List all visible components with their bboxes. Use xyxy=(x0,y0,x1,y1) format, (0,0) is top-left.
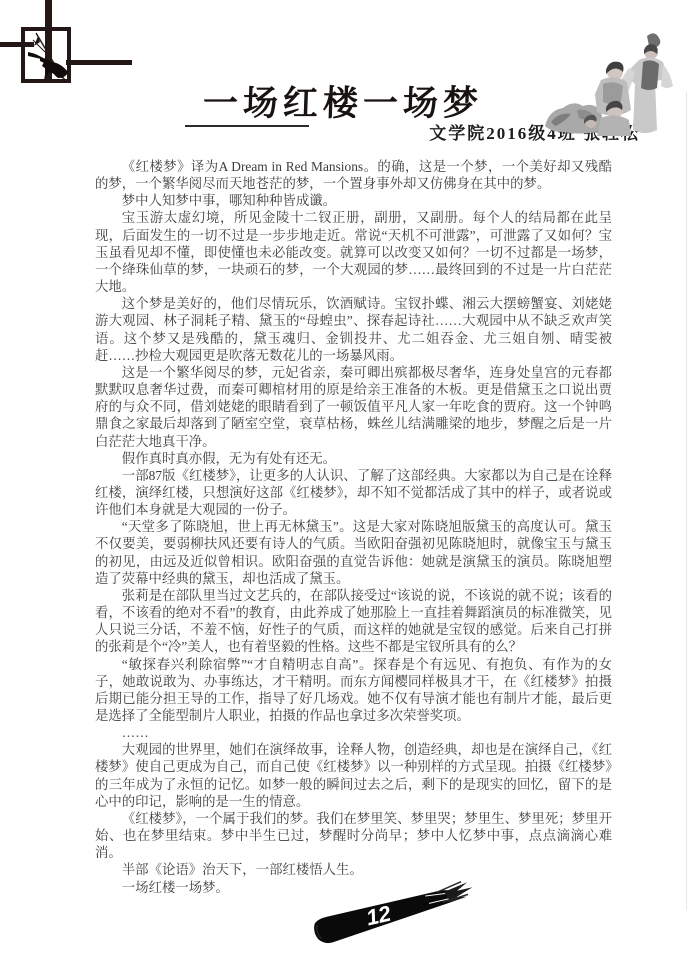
body-paragraph: 半部《论语》治天下，一部红楼悟人生。 xyxy=(95,861,612,878)
ink-brush-stroke-icon: 12 xyxy=(303,878,488,958)
body-paragraph: 一部87版《红楼梦》，让更多的人认识、了解了这部经典。大家都以为自己是在诠释红楼… xyxy=(95,467,612,518)
body-paragraph: 《红楼梦》，一个属于我们的梦。我们在梦里笑、梦里哭；梦里生、梦里死；梦里开始、也… xyxy=(95,810,612,861)
body-paragraph: 宝玉游太虚幻境，所见金陵十二钗正册，副册，又副册。每个人的结局都在此呈现，后面发… xyxy=(95,209,612,295)
body-paragraph: 梦中人知梦中事，哪知种种皆成谶。 xyxy=(95,192,612,209)
hongloumeng-figures-photo xyxy=(543,18,677,143)
bamboo-frame-icon xyxy=(0,0,140,100)
title-underline xyxy=(185,125,309,127)
body-paragraph: 假作真时真亦假，无为有处有还无。 xyxy=(95,450,612,467)
body-paragraph: “敏探春兴利除宿弊”“才自精明志自高”。探春是个有远见、有抱负、有作为的女子，她… xyxy=(95,656,612,725)
page-edge-rule xyxy=(686,92,687,910)
body-paragraph: 这个梦是美好的，他们尽情玩乐，饮酒赋诗。宝钗扑蝶、湘云大摆螃蟹宴、刘姥姥游大观园… xyxy=(95,295,612,364)
body-paragraph: 这是一个繁华阅尽的梦，元妃省亲，秦可卿出殡都极尽奢华，连身处皇宫的元春都默默叹息… xyxy=(95,364,612,450)
body-paragraph: 《红楼梦》译为A Dream in Red Mansions。的确，这是一个梦，… xyxy=(95,158,612,192)
body-paragraph: …… xyxy=(95,724,612,741)
body-paragraph: 张莉是在部队里当过文艺兵的，在部队接受过“该说的说，不该说的就不说；该看的看，不… xyxy=(95,587,612,656)
essay-body: 《红楼梦》译为A Dream in Red Mansions。的确，这是一个梦，… xyxy=(95,158,612,896)
body-paragraph: “天堂多了陈晓旭，世上再无林黛玉”。这是大家对陈晓旭版黛玉的高度认可。黛玉不仅要… xyxy=(95,518,612,587)
body-paragraph: 大观园的世界里，她们在演绎故事，诠释人物，创造经典，却也是在演绎自己，《红楼梦》… xyxy=(95,741,612,810)
